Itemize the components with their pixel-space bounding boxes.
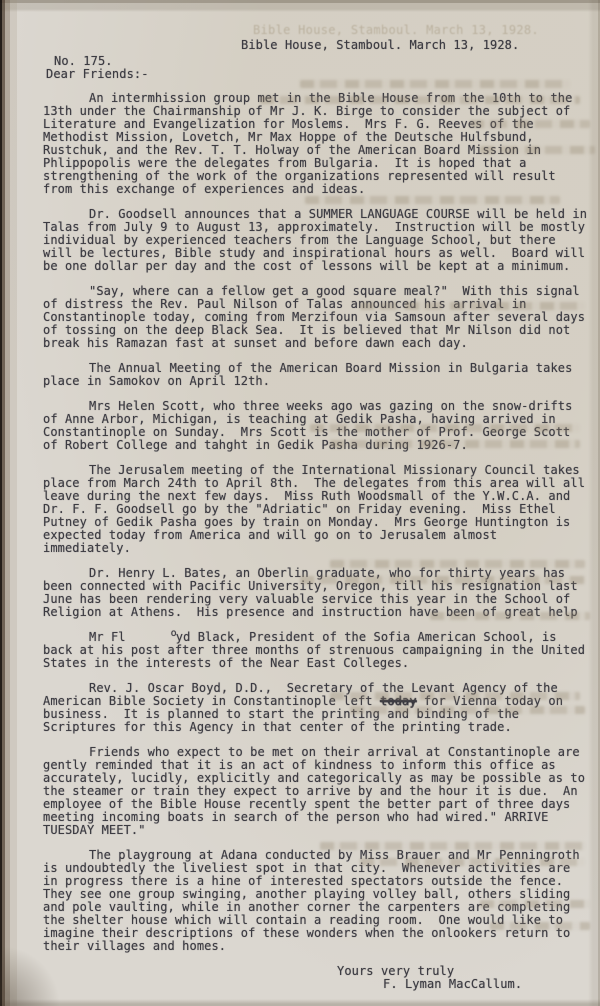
letter-body: An intermhission group met in the Bible … [43,92,590,953]
paragraph-text: The playgroung at Adana conducted by Mis… [43,848,587,953]
signature-line: F. Lyman MacCallum. [383,978,588,991]
paragraph-text: Mr Fl [89,630,126,644]
paragraph-text: An intermhission group met in the Bible … [43,91,580,196]
paragraph-oscar-boyd: Rev. J. Oscar Boyd, D.D., Secretary of t… [43,682,590,734]
paragraph-helen-scott: Mrs Helen Scott, who three weeks ago was… [43,400,590,452]
paragraph-text: The Annual Meeting of the American Board… [43,361,580,388]
paragraph-arrival-notice: Friends who expect to be met on their ar… [43,746,590,837]
paragraph-text: Dr. Henry L. Bates, an Oberlin graduate,… [43,566,585,619]
paragraph-text: Friends who expect to be met on their ar… [43,745,592,837]
bleed-through-dateline: Bible House, Stamboul. March 13, 1928. [253,24,539,37]
paragraph-floyd-black: Mr Floyd Black, President of the Sofia A… [43,631,590,670]
paragraph-text: Mrs Helen Scott, who three weeks ago was… [43,399,580,452]
paragraph-jerusalem-meeting: The Jerusalem meeting of the Internation… [43,464,590,555]
paragraph-text: "Say, where can a fellow get a good squa… [43,284,592,350]
paragraph-summer-language-course: Dr. Goodsell announces that a SUMMER LAN… [43,208,590,273]
paragraph-paul-nilson-arrival: "Say, where can a fellow get a good squa… [43,285,590,350]
letter-page: Bible House, Stamboul. March 13, 1928. B… [0,0,600,1006]
paragraph-intermission-group: An intermhission group met in the Bible … [43,92,590,196]
bleed-through-line [300,80,570,88]
crossed-out-word: today [380,694,417,708]
dateline: Bible House, Stamboul. March 13, 1928. [241,39,588,52]
typed-above-correction: o [125,630,177,638]
paragraph-adana-playground: The playgroung at Adana conducted by Mis… [43,849,590,953]
paragraph-text: Dr. Goodsell announces that a SUMMER LAN… [43,207,594,273]
paragraph-henry-bates: Dr. Henry L. Bates, an Oberlin graduate,… [43,567,590,619]
paragraph-annual-meeting: The Annual Meeting of the American Board… [43,362,590,388]
paragraph-text: The Jerusalem meeting of the Internation… [43,463,592,555]
salutation: Dear Friends:- [46,68,588,81]
